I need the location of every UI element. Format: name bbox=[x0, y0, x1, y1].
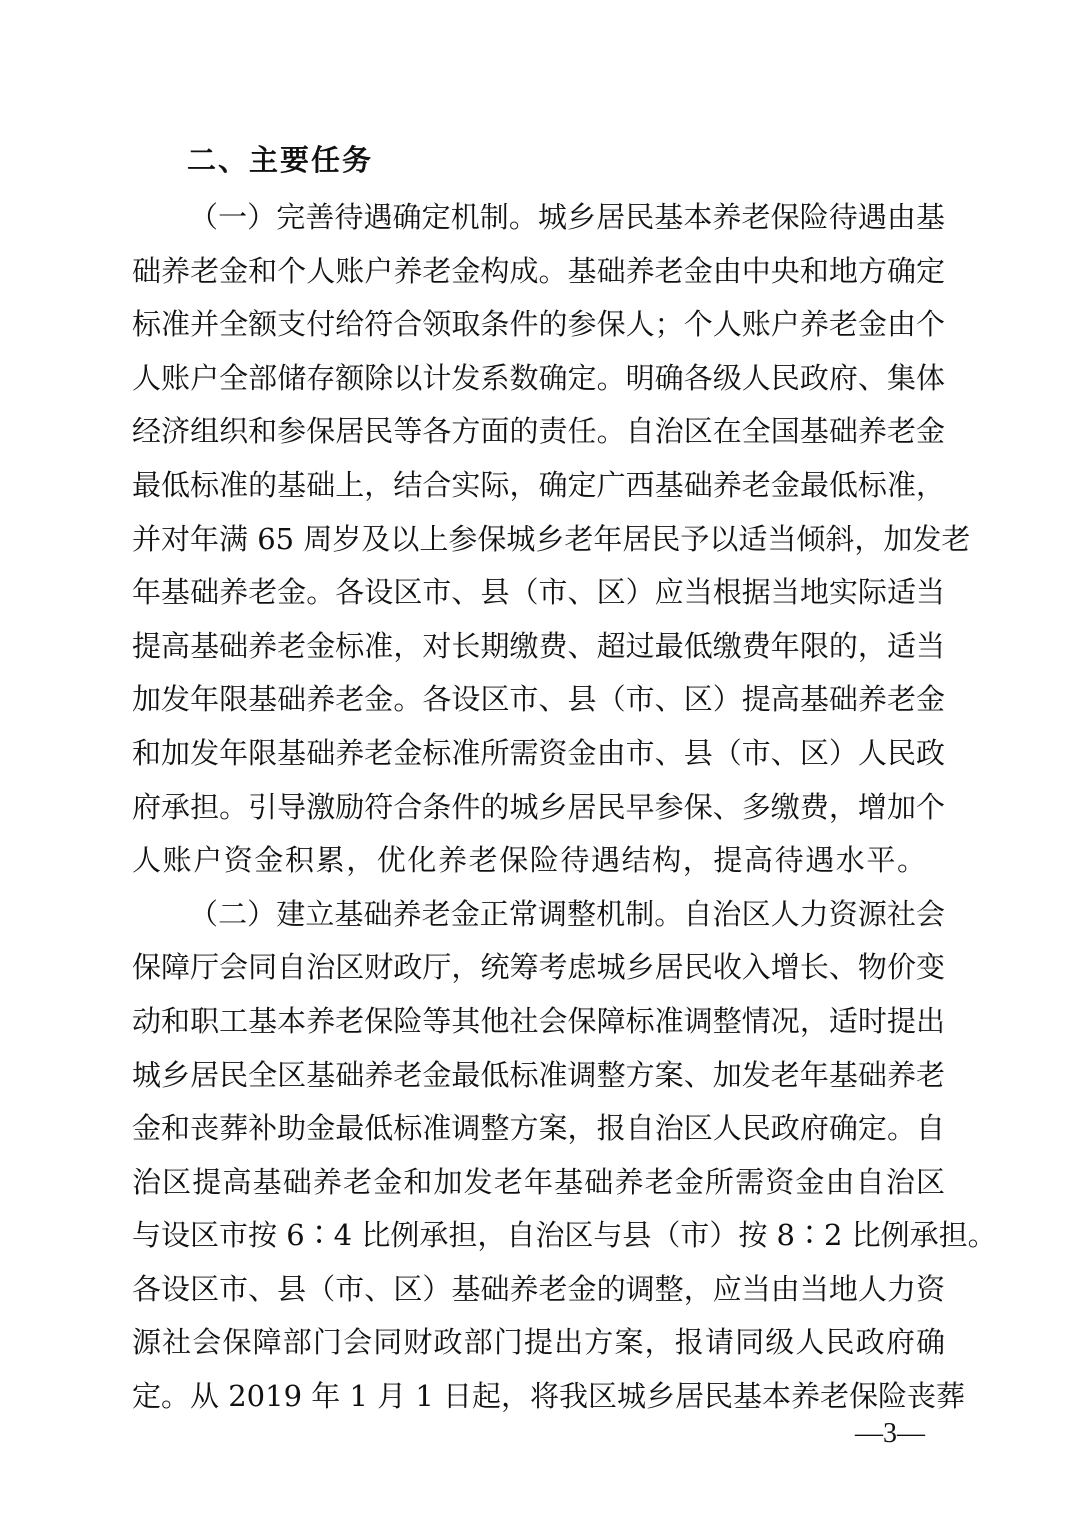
paragraph-1-line-3: 标准并全额支付给符合领取条件的参保人；个人账户养老金由个 bbox=[132, 298, 945, 352]
paragraph-1-line-12: 府承担。引导激励符合条件的城乡居民早参保、多缴费，增加个 bbox=[132, 781, 945, 835]
section-heading: 二、主要任务 bbox=[187, 138, 373, 182]
page-number: —3— bbox=[855, 1414, 925, 1454]
paragraph-1-line-6: 最低标准的基础上，结合实际，确定广西基础养老金最低标准， bbox=[132, 459, 945, 513]
paragraph-1-line-10: 加发年限基础养老金。各设区市、县（市、区）提高基础养老金 bbox=[132, 673, 945, 727]
paragraph-1-line-11: 和加发年限基础养老金标准所需资金由市、县（市、区）人民政 bbox=[132, 727, 945, 781]
paragraph-2-line-1: （二）建立基础养老金正常调整机制。自治区人力资源社会 bbox=[132, 888, 945, 942]
paragraph-2-line-6: 治区提高基础养老金和加发老年基础养老金所需资金由自治区 bbox=[132, 1156, 945, 1210]
paragraph-1-line-1: （一）完善待遇确定机制。城乡居民基本养老保险待遇由基 bbox=[132, 191, 945, 245]
paragraph-1-line-7: 并对年满 65 周岁及以上参保城乡老年居民予以适当倾斜，加发老 bbox=[132, 513, 945, 567]
paragraph-2-line-4: 城乡居民全区基础养老金最低标准调整方案、加发老年基础养老 bbox=[132, 1049, 945, 1103]
paragraph-2-line-7: 与设区市按 6∶4 比例承担，自治区与县（市）按 8∶2 比例承担。 bbox=[132, 1209, 945, 1263]
paragraph-1-line-8: 年基础养老金。各设区市、县（市、区）应当根据当地实际适当 bbox=[132, 566, 945, 620]
document-page: 二、主要任务 （一）完善待遇确定机制。城乡居民基本养老保险待遇由基 础养老金和个… bbox=[0, 0, 1074, 1520]
paragraph-2-line-9: 源社会保障部门会同财政部门提出方案，报请同级人民政府确 bbox=[132, 1316, 945, 1370]
paragraph-1-line-13: 人账户资金积累，优化养老保险待遇结构，提高待遇水平。 bbox=[132, 834, 945, 888]
paragraph-1-line-2: 础养老金和个人账户养老金构成。基础养老金由中央和地方确定 bbox=[132, 245, 945, 299]
paragraph-1-line-5: 经济组织和参保居民等各方面的责任。自治区在全国基础养老金 bbox=[132, 405, 945, 459]
paragraph-1-line-9: 提高基础养老金标准，对长期缴费、超过最低缴费年限的，适当 bbox=[132, 620, 945, 674]
paragraph-1-line-4: 人账户全部储存额除以计发系数确定。明确各级人民政府、集体 bbox=[132, 352, 945, 406]
paragraph-2-line-5: 金和丧葬补助金最低标准调整方案，报自治区人民政府确定。自 bbox=[132, 1102, 945, 1156]
paragraph-2-line-2: 保障厅会同自治区财政厅，统筹考虑城乡居民收入增长、物价变 bbox=[132, 941, 945, 995]
paragraph-2-line-3: 动和职工基本养老保险等其他社会保障标准调整情况，适时提出 bbox=[132, 995, 945, 1049]
paragraph-2-line-8: 各设区市、县（市、区）基础养老金的调整，应当由当地人力资 bbox=[132, 1263, 945, 1317]
document-body: （一）完善待遇确定机制。城乡居民基本养老保险待遇由基 础养老金和个人账户养老金构… bbox=[132, 191, 945, 1424]
paragraph-2-line-10: 定。从 2019 年 1 月 1 日起，将我区城乡居民基本养老保险丧葬 bbox=[132, 1370, 945, 1424]
